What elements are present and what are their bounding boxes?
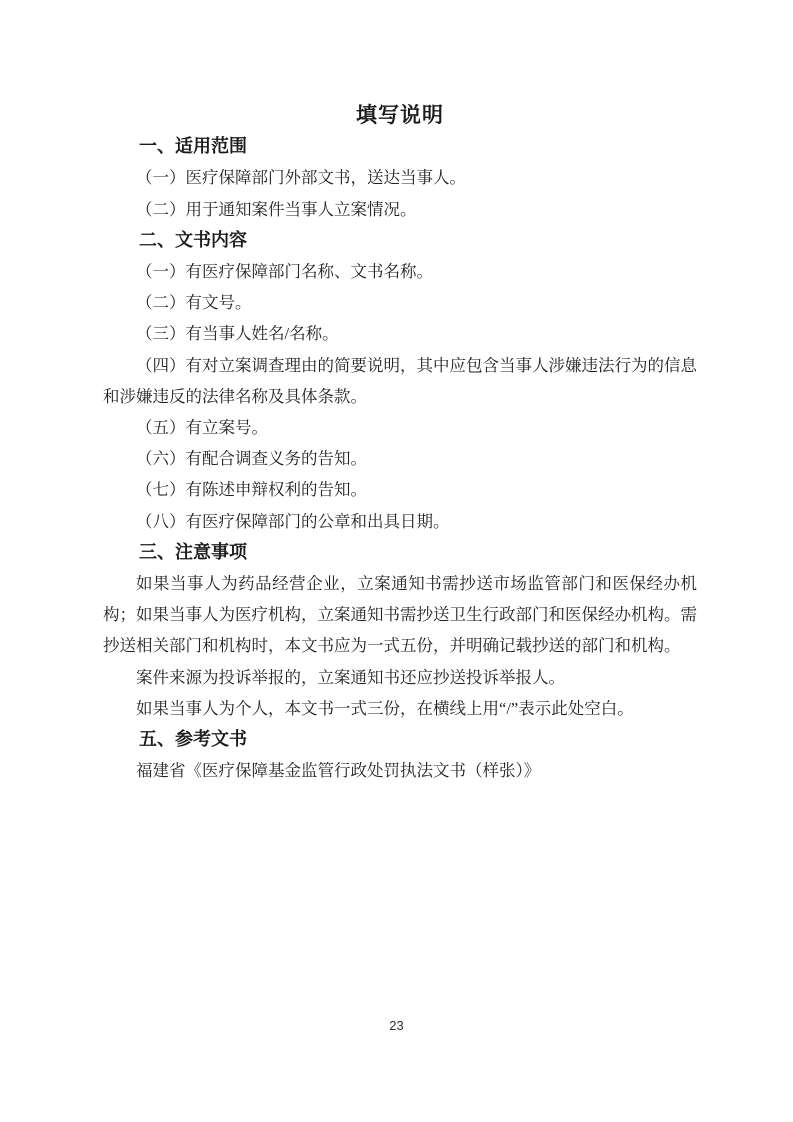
- paragraph: 福建省《医疗保障基金监管行政处罚执法文书（样张）》: [103, 755, 697, 786]
- section-heading: 三、注意事项: [103, 537, 697, 568]
- paragraph: （三）有当事人姓名/名称。: [103, 318, 697, 349]
- paragraph: （二）有文号。: [103, 287, 697, 318]
- paragraph: （六）有配合调查义务的告知。: [103, 443, 697, 474]
- paragraph: （二）用于通知案件当事人立案情况。: [103, 194, 697, 225]
- document-content: 填写说明 一、适用范围 （一）医疗保障部门外部文书，送达当事人。 （二）用于通知…: [103, 100, 697, 786]
- paragraph: 如果当事人为药品经营企业，立案通知书需抄送市场监管部门和医保经办机构；如果当事人…: [103, 568, 697, 662]
- document-body: 一、适用范围 （一）医疗保障部门外部文书，送达当事人。 （二）用于通知案件当事人…: [103, 131, 697, 786]
- paragraph: （一）医疗保障部门外部文书，送达当事人。: [103, 162, 697, 193]
- document-section: 三、注意事项 如果当事人为药品经营企业，立案通知书需抄送市场监管部门和医保经办机…: [103, 537, 697, 724]
- paragraph: （八）有医疗保障部门的公章和出具日期。: [103, 506, 697, 537]
- document-page: 填写说明 一、适用范围 （一）医疗保障部门外部文书，送达当事人。 （二）用于通知…: [0, 0, 793, 1122]
- document-title: 填写说明: [103, 100, 697, 131]
- paragraph: （五）有立案号。: [103, 412, 697, 443]
- section-heading: 二、文书内容: [103, 225, 697, 256]
- paragraph: （七）有陈述申辩权利的告知。: [103, 474, 697, 505]
- document-section: 五、参考文书 福建省《医疗保障基金监管行政处罚执法文书（样张）》: [103, 724, 697, 786]
- paragraph: 案件来源为投诉举报的，立案通知书还应抄送投诉举报人。: [103, 662, 697, 693]
- paragraph: （一）有医疗保障部门名称、文书名称。: [103, 256, 697, 287]
- document-section: 二、文书内容 （一）有医疗保障部门名称、文书名称。 （二）有文号。 （三）有当事…: [103, 225, 697, 537]
- document-section: 一、适用范围 （一）医疗保障部门外部文书，送达当事人。 （二）用于通知案件当事人…: [103, 131, 697, 225]
- paragraph: 如果当事人为个人，本文书一式三份，在横线上用“/”表示此处空白。: [103, 693, 697, 724]
- page-number: 23: [0, 1018, 793, 1033]
- section-heading: 五、参考文书: [103, 724, 697, 755]
- paragraph: （四）有对立案调查理由的简要说明，其中应包含当事人涉嫌违法行为的信息和涉嫌违反的…: [103, 350, 697, 412]
- section-heading: 一、适用范围: [103, 131, 697, 162]
